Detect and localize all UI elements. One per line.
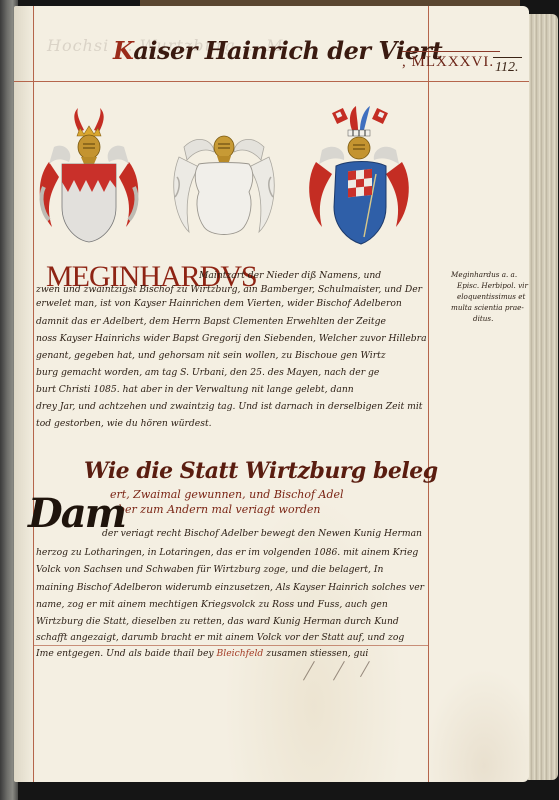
coat-of-arms-banner: [304, 102, 414, 247]
text-fragment: Ime entgegen. Und als baide thail bey: [36, 648, 214, 659]
text-line: der veriagt recht Bischof Adelber bewegt…: [102, 528, 428, 540]
blank-arms-icon: [169, 102, 279, 247]
franconian-arms-icon: [34, 102, 144, 247]
text-line: burt Christi 1085. hat aber in der Verwa…: [36, 384, 426, 396]
banner-arms-icon: [304, 102, 414, 247]
page-header: Hochsi ... Wurtzburg ... M Kaiser Hainri…: [47, 16, 447, 86]
coat-of-arms-blank: [169, 102, 279, 247]
pen-stroke: [303, 661, 315, 681]
chapter-heading-line3: ber zum Andern mal veriagt worden: [118, 503, 321, 516]
text-line: herzog zu Lotharingen, in Lotaringen, da…: [36, 547, 426, 559]
text-line: erwelet man, ist von Kayser Hainrichen d…: [36, 298, 426, 310]
manuscript-page: Hochsi ... Wurtzburg ... M Kaiser Hainri…: [14, 6, 529, 782]
text-line: damnit das er Adelbert, dem Herrn Bapst …: [36, 316, 426, 328]
pen-stroke: [333, 661, 345, 681]
margin-note-line: Meginhardus a. a.: [451, 269, 541, 280]
text-line: name, zog er mit ainem mechtigen Kriegsv…: [36, 599, 426, 611]
text-fragment: zusamen stiessen, gui: [266, 648, 368, 659]
pen-stroke: [360, 661, 370, 677]
title-initial: K: [113, 36, 133, 65]
margin-note-line: ditus.: [451, 313, 541, 324]
text-line: Volck von Sachsen und Schwaben für Wirtz…: [36, 564, 426, 576]
text-line: maining Bischof Adelberon widerumb einzu…: [36, 582, 426, 594]
text-line: Maintzart der Nieder diß Namens, und: [199, 270, 425, 282]
folio-number: 112.: [495, 60, 518, 76]
margin-note-line: multa scientia prae-: [451, 302, 541, 313]
margin-note-line: eloquentissimus et: [451, 291, 541, 302]
margin-note-line: Episc. Herbipol. vir: [451, 280, 541, 291]
chapter-heading: Wie die Statt Wirtzburg beleg: [84, 458, 438, 484]
chapter-heading-line2: ert, Zwaimal gewunnen, und Bischof Adel: [110, 488, 344, 501]
text-line: zwen und zwaintzigst Bischof zu Wirtzbur…: [36, 284, 426, 296]
text-line: Wirtzburg die Statt, dieselben zu retten…: [36, 616, 426, 628]
place-name-rubric: Bleichfeld: [217, 648, 264, 659]
text-line: schafft angezaigt, darumb bracht er mit …: [36, 632, 426, 644]
right-margin-rule: [428, 6, 429, 782]
page-title: Kaiser Hainrich der Viert: [113, 36, 442, 65]
text-line: tod gestorben, wie du hören würdest.: [36, 418, 426, 430]
page-edges-stack: [528, 14, 558, 780]
year-roman-numeral: , MLXXXVI.: [402, 54, 494, 71]
coat-of-arms-franconia: [34, 102, 144, 247]
text-line: genant, gegeben hat, und gehorsam nit se…: [36, 350, 426, 362]
text-line: burg gemacht worden, am tag S. Urbani, d…: [36, 367, 426, 379]
title-text: aiser Hainrich der Viert: [133, 36, 442, 65]
text-line: drey Jar, und achtzehen und zwaintzig ta…: [36, 401, 426, 413]
margin-annotation: Meginhardus a. a. Episc. Herbipol. vir e…: [451, 269, 541, 324]
text-line-last: Ime entgegen. Und als baide thail bey Bl…: [36, 648, 426, 660]
text-line: noss Kayser Hainrichs wider Bapst Gregor…: [36, 333, 426, 345]
text-bottom-rule: [33, 645, 429, 646]
